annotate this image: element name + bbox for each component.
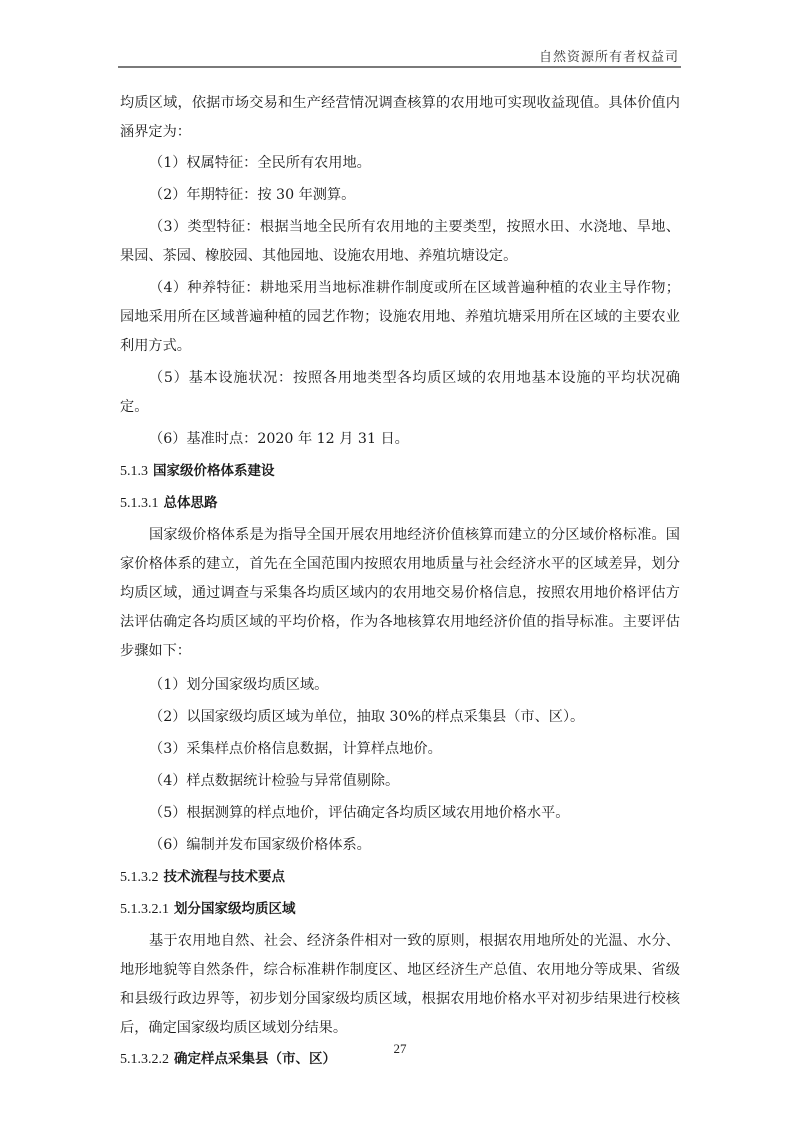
intro-paragraph: 均质区域，依据市场交易和生产经营情况调查核算的农用地可实现收益现值。具体价值内涵… [120,89,680,147]
section-number: 5.1.3.2.1 [120,902,169,917]
list-item: （5）基本设施状况：按照各用地类型各均质区域的农用地基本设施的平均状况确定。 [120,362,680,423]
section-title: 技术流程与技术要点 [164,869,286,885]
section-number: 5.1.3.1 [120,496,159,511]
section-heading-5-1-3-1: 5.1.3.1总体思路 [120,487,680,519]
value-definition-list: （1）权属特征：全民所有农用地。 （2）年期特征：按 30 年测算。 （3）类型… [120,147,680,455]
section-heading-5-1-3: 5.1.3国家级价格体系建设 [120,455,680,487]
section-heading-5-1-3-2: 5.1.3.2技术流程与技术要点 [120,862,680,894]
section-heading-5-1-3-2-1: 5.1.3.2.1划分国家级均质区域 [120,894,680,926]
page-content: 均质区域，依据市场交易和生产经营情况调查核算的农用地可实现收益现值。具体价值内涵… [120,89,680,1075]
evaluation-steps-list: （1）划分国家级均质区域。 （2）以国家级均质区域为单位，抽取 30%的样点采集… [120,666,680,862]
list-item: （6）编制并发布国家级价格体系。 [120,830,680,862]
list-item: （5）根据测算的样点地价，评估确定各均质区域农用地价格水平。 [120,798,680,830]
list-item: （2）以国家级均质区域为单位，抽取 30%的样点采集县（市、区）。 [120,702,680,734]
list-item: （1）划分国家级均质区域。 [120,670,680,702]
zoning-paragraph: 基于农用地自然、社会、经济条件相对一致的原则，根据农用地所处的光温、水分、地形地… [120,926,680,1044]
section-title: 总体思路 [164,495,218,511]
list-item: （6）基准时点：2020 年 12 月 31 日。 [120,423,680,455]
page-number: 27 [0,1041,800,1057]
list-item: （1）权属特征：全民所有农用地。 [120,147,680,179]
list-item: （4）样点数据统计检验与异常值剔除。 [120,766,680,798]
section-title: 国家级价格体系建设 [153,463,275,479]
overview-paragraph: 国家级价格体系是为指导全国开展农用地经济价值核算而建立的分区域价格标准。国家价格… [120,519,680,666]
list-item: （3）采集样点价格信息数据，计算样点地价。 [120,734,680,766]
section-number: 5.1.3.2 [120,870,159,885]
header-title: 自然资源所有者权益司 [539,46,679,65]
list-item: （4）种养特征：耕地采用当地标准耕作制度或所在区域普遍种植的农业主导作物；园地采… [120,272,680,362]
page-header: 自然资源所有者权益司 [118,44,681,68]
section-number: 5.1.3 [120,464,148,479]
list-item: （3）类型特征：根据当地全民所有农用地的主要类型，按照水田、水浇地、旱地、果园、… [120,211,680,272]
section-title: 划分国家级均质区域 [174,901,296,917]
list-item: （2）年期特征：按 30 年测算。 [120,179,680,211]
